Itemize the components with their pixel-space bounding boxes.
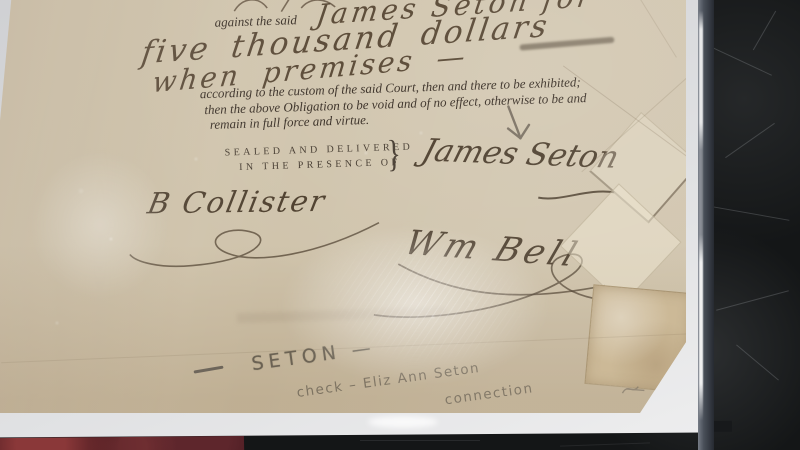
scratch-line [716, 290, 789, 310]
backing-glare [368, 416, 438, 428]
glare-blob-left [30, 150, 170, 300]
sheen-streaks [314, 224, 536, 375]
sleeve-right-edge [698, 0, 714, 450]
sleeve-glare-line [699, 0, 703, 450]
scratch-line [560, 442, 650, 446]
scratch-line [753, 11, 776, 50]
document-paper: against the said James Seton for five th… [0, 0, 686, 413]
scratch-line [360, 440, 480, 441]
scratch-line [725, 123, 775, 158]
scratch-line [736, 344, 779, 380]
photo-scene: against the said James Seton for five th… [0, 0, 800, 450]
scratch-line [708, 45, 772, 75]
